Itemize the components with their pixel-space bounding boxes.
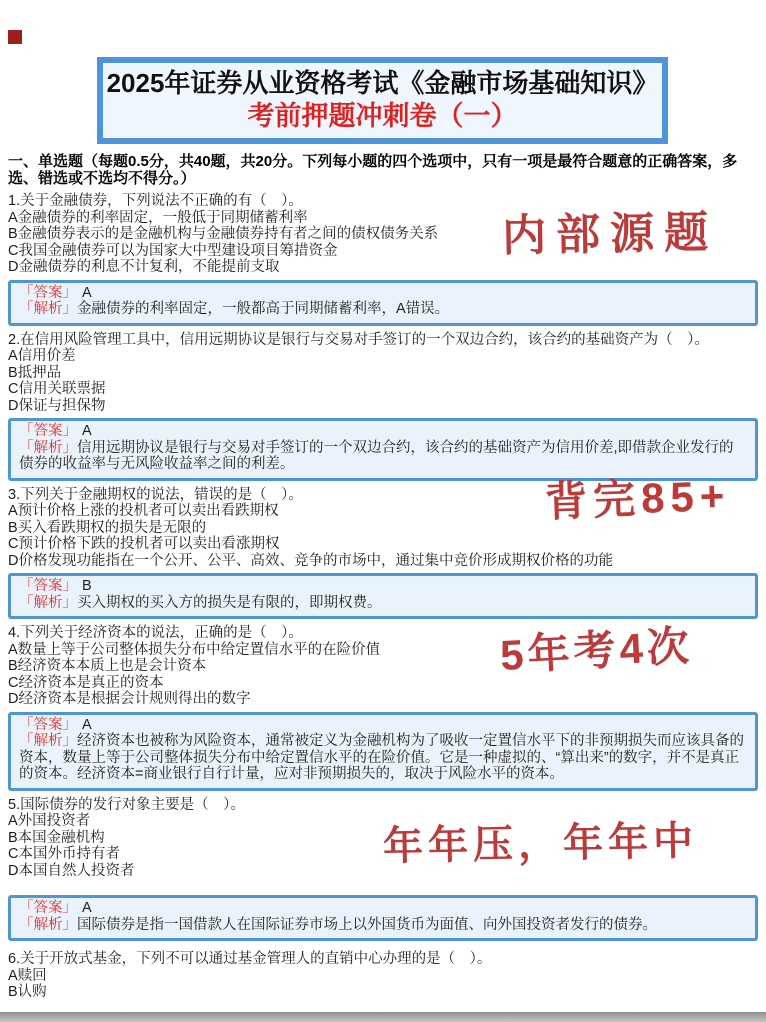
answer-line: 「答案」A — [19, 423, 747, 440]
analysis-line: 「解析」信用远期协议是银行与交易对手签订的一个双边合约，该合约的基础资产为信用价… — [19, 440, 747, 473]
analysis-text: 经济资本也被称为风险资本，通常被定义为金融机构为了吸收一定置信水平下的非预期损失… — [19, 733, 744, 782]
answer-box: 「答案」A 「解析」国际债券是指一国借款人在国际证券市场上以外国货币为面值、向外… — [8, 895, 758, 941]
question-option-b: B买入看跌期权的损失是无限的 — [8, 520, 758, 537]
question-stem: 2.在信用风险管理工具中，信用远期协议是银行与交易对手签订的一个双边合约，该合约… — [8, 332, 758, 349]
question-stem: 3.下列关于金融期权的说法，错误的是（ ）。 — [8, 487, 758, 504]
analysis-label: 「解析」 — [19, 733, 77, 749]
question-option-a: A预计价格上涨的投机者可以卖出看跌期权 — [8, 503, 758, 520]
answer-label: 「答案」 — [19, 717, 77, 733]
exam-title: 2025年证券从业资格考试《金融市场基础知识》 — [103, 67, 662, 100]
question-option-b: B本国金融机构 — [8, 830, 758, 847]
analysis-text: 买入期权的买入方的损失是有限的，即期权费。 — [77, 595, 382, 611]
answer-line: 「答案」B — [19, 578, 747, 595]
question-option-a: A信用价差 — [8, 348, 758, 365]
answer-box: 「答案」A 「解析」经济资本也被称为风险资本，通常被定义为金融机构为了吸收一定置… — [8, 712, 758, 791]
bottom-edge-bar — [0, 1012, 766, 1022]
question-stem: 4.下列关于经济资本的说法，正确的是（ ）。 — [8, 625, 758, 642]
analysis-text: 国际债券是指一国借款人在国际证券市场上以外国货币为面值、向外国投资者发行的债券。 — [77, 917, 657, 933]
question-option-c: C本国外币持有者 — [8, 846, 758, 863]
question-option-d: D本国自然人投资者 — [8, 863, 758, 880]
section-instructions: 一、单选题（每题0.5分，共40题，共20分。下列每小题的四个选项中，只有一项是… — [8, 153, 758, 187]
answer-value: B — [82, 578, 92, 594]
question-block-3: 3.下列关于金融期权的说法，错误的是（ ）。 A预计价格上涨的投机者可以卖出看跌… — [8, 487, 758, 620]
question-option-b: B抵押品 — [8, 365, 758, 382]
question-option-a: A金融债券的利率固定，一般低于同期储蓄利率 — [8, 210, 758, 227]
analysis-line: 「解析」买入期权的买入方的损失是有限的，即期权费。 — [19, 595, 747, 612]
question-block-4: 4.下列关于经济资本的说法，正确的是（ ）。 A数量上等于公司整体损失分布中给定… — [8, 625, 758, 791]
exam-document-page: 2025年证券从业资格考试《金融市场基础知识》 考前押题冲刺卷（一） 一、单选题… — [0, 0, 766, 1022]
exam-subtitle: 考前押题冲刺卷（一） — [103, 100, 662, 133]
question-option-d: D经济资本是根据会计规则得出的数字 — [8, 691, 758, 708]
question-block-2: 2.在信用风险管理工具中，信用远期协议是银行与交易对手签订的一个双边合约，该合约… — [8, 332, 758, 481]
question-block-1: 1.关于金融债券，下列说法不正确的有（ ）。 A金融债券的利率固定，一般低于同期… — [8, 193, 758, 326]
analysis-label: 「解析」 — [19, 301, 77, 317]
exam-header-box: 2025年证券从业资格考试《金融市场基础知识》 考前押题冲刺卷（一） — [97, 57, 668, 144]
question-stem: 6.关于开放式基金，下列不可以通过基金管理人的直销中心办理的是（ ）。 — [8, 951, 758, 968]
answer-value: A — [82, 423, 92, 439]
analysis-line: 「解析」国际债券是指一国借款人在国际证券市场上以外国货币为面值、向外国投资者发行… — [19, 917, 747, 934]
red-corner-marker — [8, 30, 22, 44]
question-block-6: 6.关于开放式基金，下列不可以通过基金管理人的直销中心办理的是（ ）。 A赎回 … — [8, 951, 758, 1001]
question-option-b: B经济资本本质上也是会计资本 — [8, 658, 758, 675]
question-option-c: C信用关联票据 — [8, 381, 758, 398]
analysis-label: 「解析」 — [19, 595, 77, 611]
answer-label: 「答案」 — [19, 578, 77, 594]
question-list: 1.关于金融债券，下列说法不正确的有（ ）。 A金融债券的利率固定，一般低于同期… — [8, 193, 758, 1001]
analysis-label: 「解析」 — [19, 917, 77, 933]
answer-label: 「答案」 — [19, 423, 77, 439]
answer-label: 「答案」 — [19, 900, 77, 916]
answer-label: 「答案」 — [19, 285, 77, 301]
question-option-d: D保证与担保物 — [8, 398, 758, 415]
answer-box: 「答案」A 「解析」信用远期协议是银行与交易对手签订的一个双边合约，该合约的基础… — [8, 418, 758, 481]
question-option-b: B认购 — [8, 984, 758, 1001]
answer-box: 「答案」A 「解析」金融债券的利率固定，一般都高于同期储蓄利率，A错误。 — [8, 280, 758, 326]
question-option-c: C预计价格下跌的投机者可以卖出看涨期权 — [8, 536, 758, 553]
answer-line: 「答案」A — [19, 717, 747, 734]
answer-value: A — [82, 285, 92, 301]
analysis-line: 「解析」经济资本也被称为风险资本，通常被定义为金融机构为了吸收一定置信水平下的非… — [19, 733, 747, 783]
question-option-c: C我国金融债券可以为国家大中型建设项目筹措资金 — [8, 243, 758, 260]
question-option-c: C经济资本是真正的资本 — [8, 675, 758, 692]
question-block-5: 5.国际债券的发行对象主要是（ ）。 A外国投资者 B本国金融机构 C本国外币持… — [8, 797, 758, 942]
answer-value: A — [82, 717, 92, 733]
answer-box: 「答案」B 「解析」买入期权的买入方的损失是有限的，即期权费。 — [8, 573, 758, 619]
question-stem: 1.关于金融债券，下列说法不正确的有（ ）。 — [8, 193, 758, 210]
question-option-a: A赎回 — [8, 968, 758, 985]
question-option-d: D价格发现功能指在一个公开、公平、高效、竞争的市场中，通过集中竞价形成期权价格的… — [8, 553, 758, 570]
question-stem: 5.国际债券的发行对象主要是（ ）。 — [8, 797, 758, 814]
question-option-b: B金融债券表示的是金融机构与金融债券持有者之间的债权债务关系 — [8, 226, 758, 243]
analysis-line: 「解析」金融债券的利率固定，一般都高于同期储蓄利率，A错误。 — [19, 301, 747, 318]
analysis-label: 「解析」 — [19, 440, 77, 456]
answer-line: 「答案」A — [19, 900, 747, 917]
question-option-a: A数量上等于公司整体损失分布中给定置信水平的在险价值 — [8, 642, 758, 659]
question-option-a: A外国投资者 — [8, 813, 758, 830]
question-option-d: D金融债券的利息不计复利，不能提前支取 — [8, 259, 758, 276]
answer-value: A — [82, 900, 92, 916]
analysis-text: 金融债券的利率固定，一般都高于同期储蓄利率，A错误。 — [77, 301, 449, 317]
analysis-text: 信用远期协议是银行与交易对手签订的一个双边合约，该合约的基础资产为信用价差,即借… — [19, 440, 734, 473]
answer-line: 「答案」A — [19, 285, 747, 302]
